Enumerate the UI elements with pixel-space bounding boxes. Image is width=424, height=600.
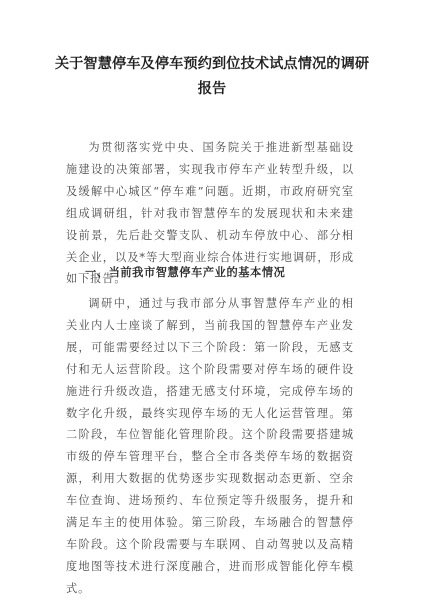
document-title: 关于智慧停车及停车预约到位技术试点情况的调研报告 xyxy=(50,52,374,102)
section-heading: 一、当前我市智慧停车产业的基本情况 xyxy=(85,262,285,284)
document-page: 关于智慧停车及停车预约到位技术试点情况的调研报告 为贯彻落实党中央、国务院关于推… xyxy=(0,0,424,600)
section-paragraph: 调研中，通过与我市部分从事智慧停车产业的相关业内人士座谈了解到，当前我国的智慧停… xyxy=(66,293,354,600)
